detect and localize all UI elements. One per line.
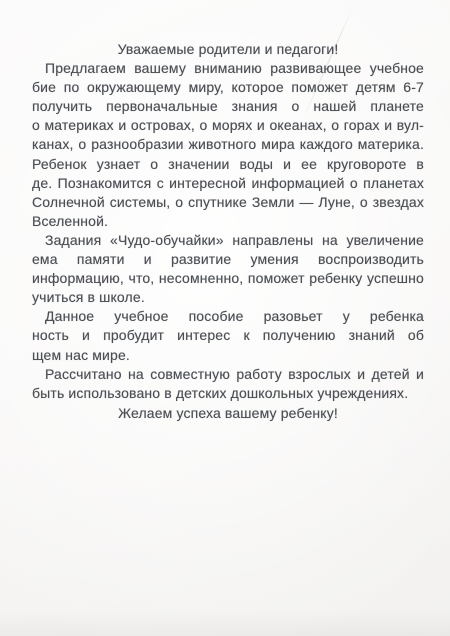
scanned-book-page: Уважаемые родители и педагоги! Предлагае… <box>0 0 450 636</box>
page-title: Уважаемые родители и педагоги! <box>32 40 424 59</box>
text-line: быть использовано в детских дошкольных у… <box>32 384 424 403</box>
body-paragraphs: Предлагаем вашему вниманию развивающее у… <box>32 59 424 403</box>
page-content: Уважаемые родители и педагоги! Предлагае… <box>32 40 424 423</box>
text-line: Солнечной системы, о спутнике Земли — Лу… <box>32 193 424 212</box>
paragraph-2: Задания «Чудо-обучайки» направлены на ув… <box>32 231 424 307</box>
text-line: Ребенок узнает о значении воды и ее круг… <box>32 155 424 174</box>
text-line: бие по окружающему миру, которое поможет… <box>32 78 424 97</box>
text-line: учиться в школе. <box>32 288 424 307</box>
text-line: ема памяти и развитие умения воспроизвод… <box>32 250 424 269</box>
text-line: канах, о разнообразии животного мира каж… <box>32 135 424 154</box>
text-line: о материках и островах, о морях и океана… <box>32 116 424 135</box>
text-line: получить первоначальные знания о нашей п… <box>32 97 424 116</box>
text-line: де. Познакомится с интересной информацие… <box>32 174 424 193</box>
text-line: Предлагаем вашему вниманию развивающее у… <box>32 59 424 78</box>
paragraph-3: Данное учебное пособие разовьет у ребенк… <box>32 307 424 364</box>
paragraph-1: Предлагаем вашему вниманию развивающее у… <box>32 59 424 231</box>
closing-line: Желаем успеха вашему ребенку! <box>32 404 424 423</box>
text-line: щем нас мире. <box>32 346 424 365</box>
text-line: ность и пробудит интерес к получению зна… <box>32 326 424 345</box>
text-line: Данное учебное пособие разовьет у ребенк… <box>32 307 424 326</box>
text-line: информацию, что, несомненно, поможет реб… <box>32 269 424 288</box>
text-line: Рассчитано на совместную работу взрослых… <box>32 365 424 384</box>
text-line: Вселенной. <box>32 212 424 231</box>
paragraph-4: Рассчитано на совместную работу взрослых… <box>32 365 424 403</box>
text-line: Задания «Чудо-обучайки» направлены на ув… <box>32 231 424 250</box>
